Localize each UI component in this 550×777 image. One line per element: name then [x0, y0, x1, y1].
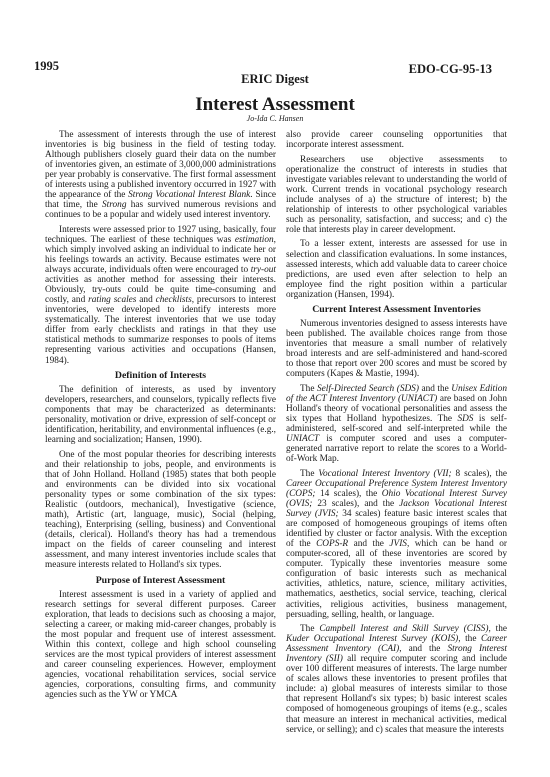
text: 23 scales), and the — [312, 499, 399, 509]
italic-text: Kuder Occupational Interest Survey (KOIS… — [286, 634, 458, 644]
italic-text: estimation — [235, 235, 274, 245]
italic-text: Strong — [102, 200, 126, 210]
paragraph: Numerous inventories designed to assess … — [286, 319, 507, 379]
right-column: also provide career counseling opportuni… — [286, 130, 507, 739]
text: all require computer scoring and include… — [286, 654, 507, 734]
text: The — [300, 384, 317, 394]
text: , which can be hand or computer-scored, … — [286, 539, 507, 619]
italic-text: Campbell Interest and Skill Survey (CISS… — [319, 624, 488, 634]
text: , precursors to interest inventories, we… — [45, 295, 276, 365]
text: and the — [348, 539, 389, 549]
italic-text: try-out — [251, 265, 276, 275]
italic-text: checklists — [156, 295, 192, 305]
paragraph: Interests were assessed prior to 1927 us… — [45, 225, 276, 366]
left-column: The assessment of interests through the … — [45, 130, 276, 705]
italic-text: UNIACT — [286, 434, 319, 444]
author-name: Jo-Ida C. Hansen — [0, 114, 550, 123]
italic-text: SDS — [457, 414, 473, 424]
italic-text: COPS-R — [316, 539, 348, 549]
text: The — [300, 469, 318, 479]
paragraph: One of the most popular theories for des… — [45, 450, 276, 571]
text: 8 scales), the — [452, 469, 507, 479]
paragraph: To a lesser extent, interests are assess… — [286, 239, 507, 299]
italic-text: JVIS — [389, 539, 407, 549]
section-heading: Definition of Interests — [45, 370, 276, 381]
paragraph: The definition of interests, as used by … — [45, 385, 276, 445]
paragraph: The Vocational Interest Inventory (VII; … — [286, 469, 507, 620]
text: and the — [419, 384, 451, 394]
italic-text: Self-Directed Search (SDS) — [317, 384, 419, 394]
text: is computer scored and uses a computer-g… — [286, 434, 507, 464]
text: , the — [458, 634, 481, 644]
italic-text: rating scales — [88, 295, 136, 305]
paragraph: The Self-Directed Search (SDS) and the U… — [286, 384, 507, 464]
paragraph: The assessment of interests through the … — [45, 130, 276, 220]
series-name: ERIC Digest — [0, 72, 550, 87]
page-title: Interest Assessment — [0, 94, 550, 116]
text: , and the — [399, 644, 447, 654]
italic-text: Strong Vocational Interest Blank — [128, 190, 250, 200]
italic-text: Vocational Interest Inventory (VII; — [318, 469, 451, 479]
paragraph: also provide career counseling opportuni… — [286, 130, 507, 150]
paragraph: The Campbell Interest and Skill Survey (… — [286, 624, 507, 735]
section-heading: Current Interest Assessment Inventories — [286, 304, 507, 315]
section-heading: Purpose of Interest Assessment — [45, 575, 276, 586]
text: and — [136, 295, 155, 305]
paragraph: Interest assessment is used in a variety… — [45, 590, 276, 701]
text: The — [300, 624, 319, 634]
text: 14 scales), the — [315, 489, 381, 499]
text: , the — [488, 624, 507, 634]
paragraph: Researchers use objective assessments to… — [286, 155, 507, 235]
